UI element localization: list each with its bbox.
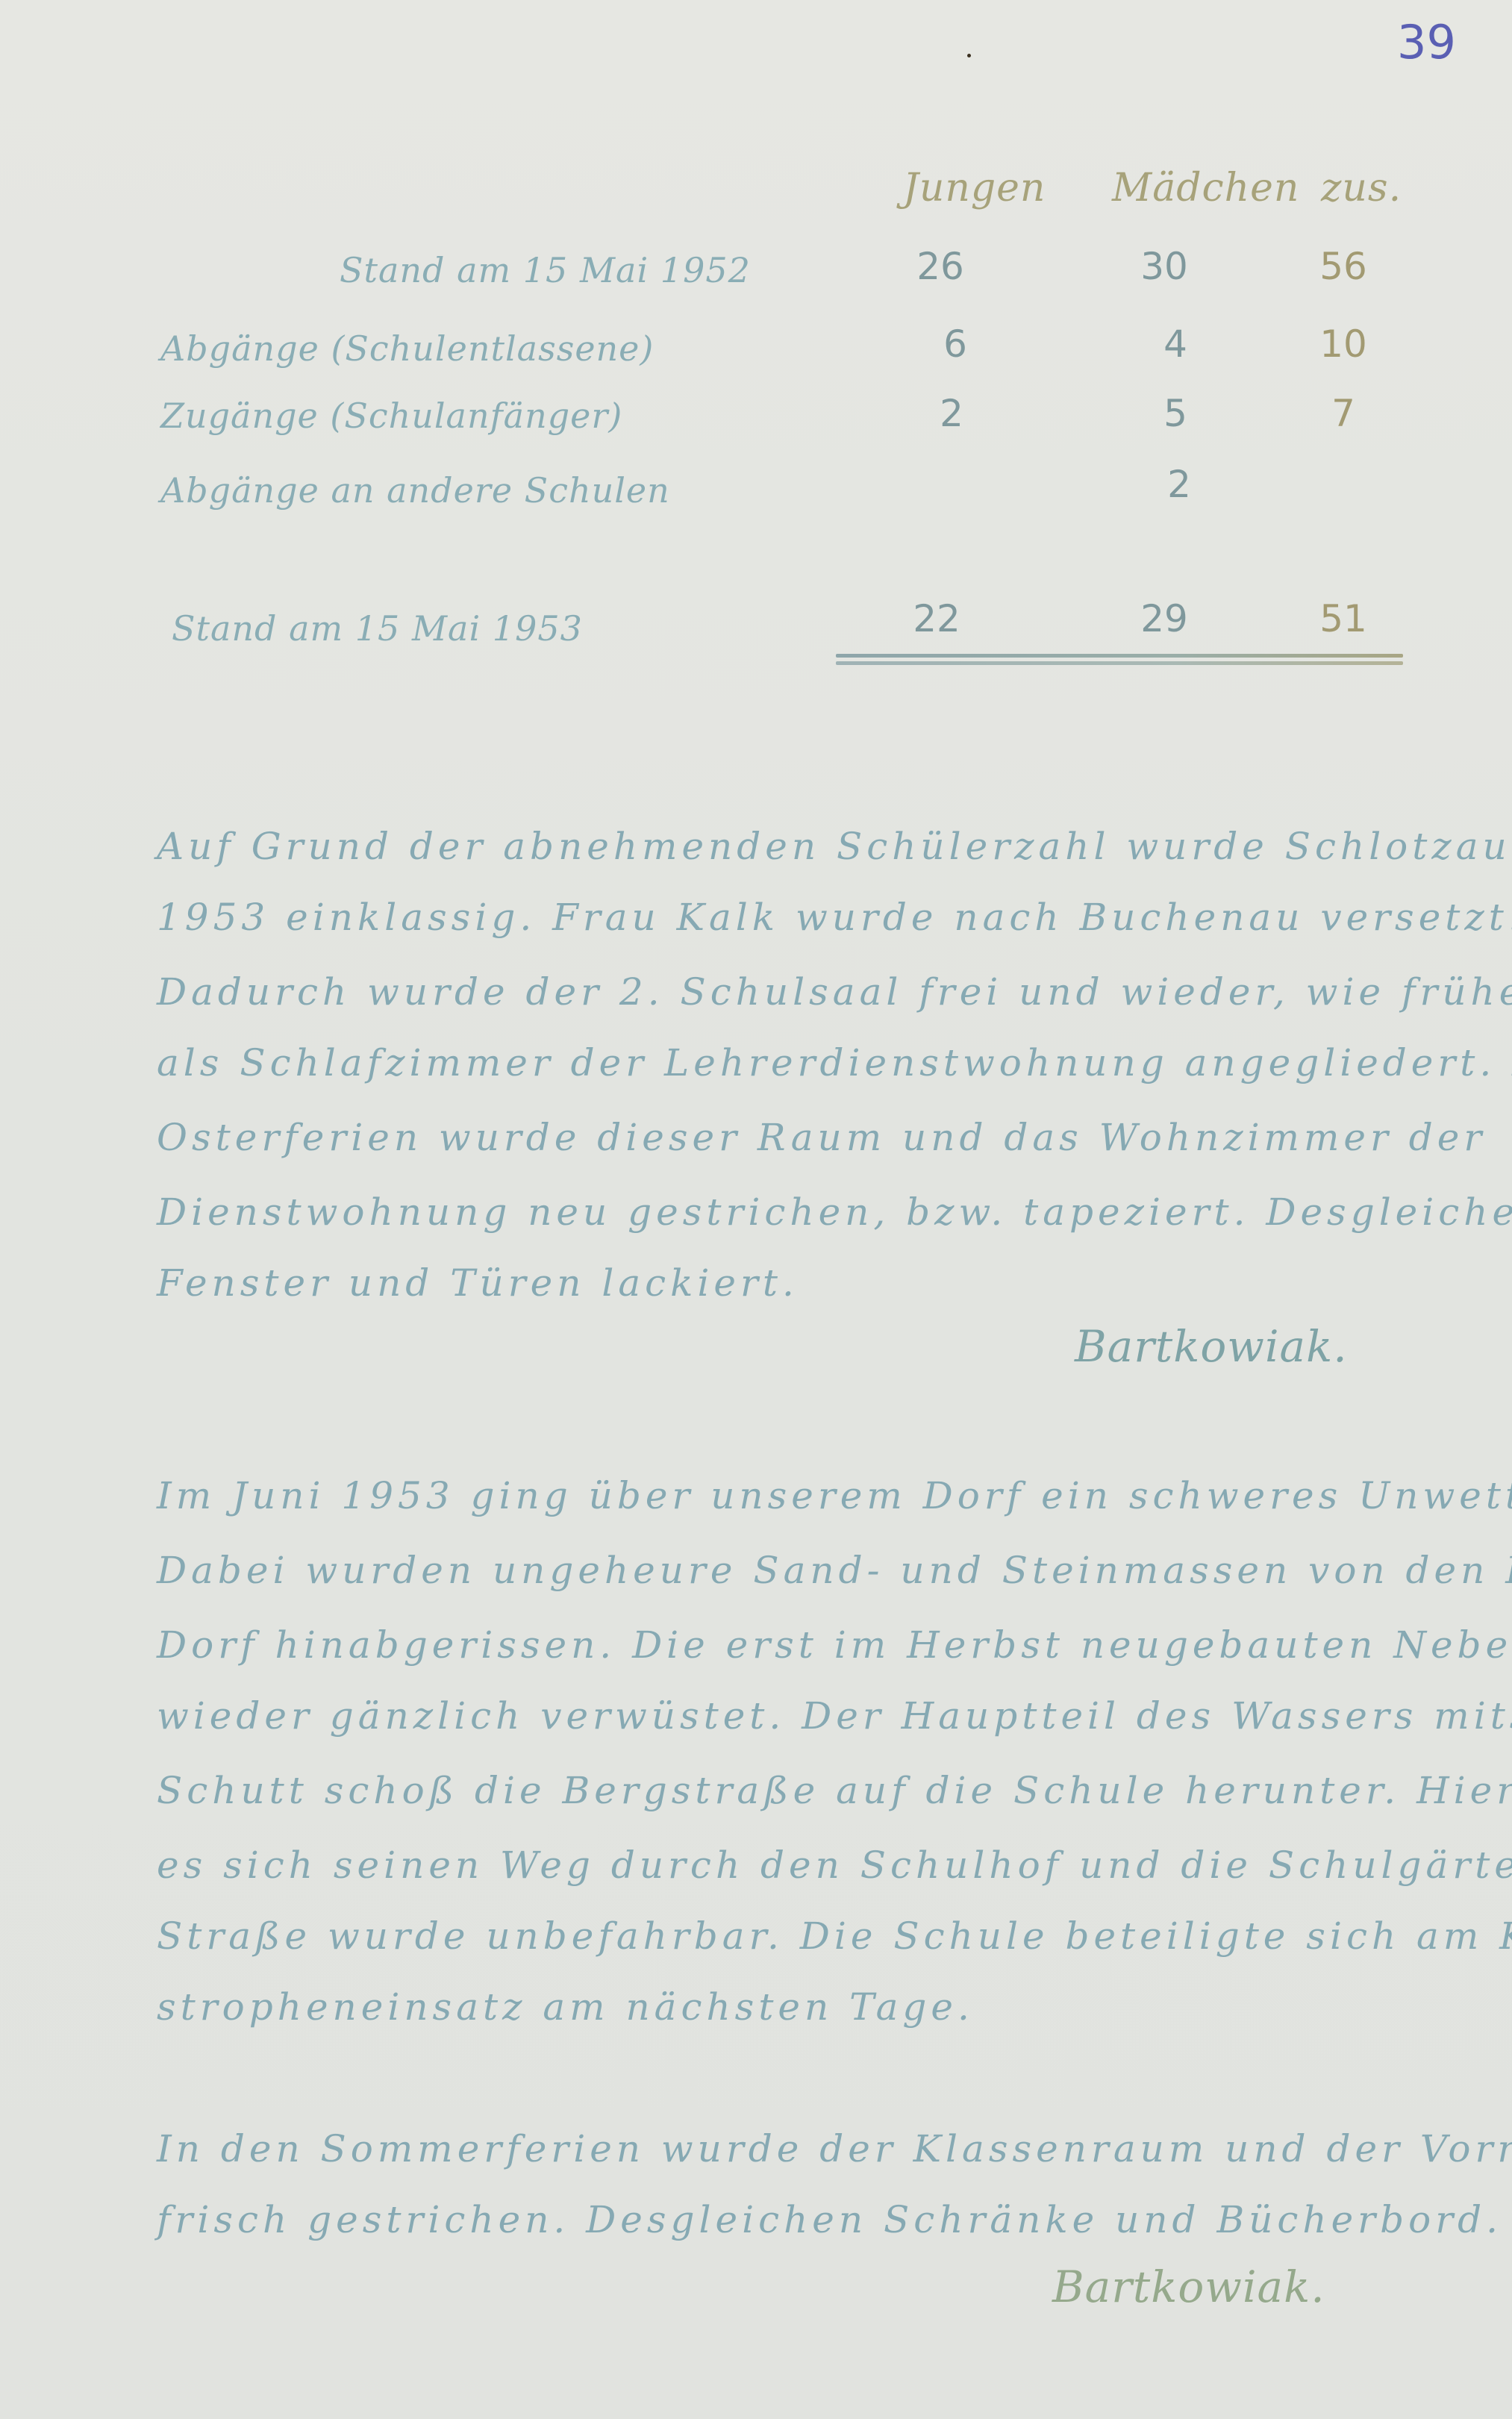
cell-total: 56 — [1310, 245, 1377, 288]
text-line: Dienstwohnung neu gestrichen, bzw. tapez… — [157, 1190, 1512, 1234]
signature: Bartkowiak. — [1075, 1321, 1348, 1372]
text-line: In den Sommerferien wurde der Klassenrau… — [157, 2127, 1512, 2170]
cell-total: 7 — [1310, 392, 1377, 435]
text-line: strophen­einsatz am nächsten Tage. — [157, 1985, 974, 2029]
cell-girls: 4 — [1142, 322, 1209, 366]
column-header-boys: Jungen — [903, 166, 1046, 210]
total-underline — [836, 654, 1403, 658]
cell-girls: 30 — [1131, 245, 1198, 288]
column-header-total: zus. — [1321, 166, 1402, 210]
row-label: Abgänge an andere Schulen — [160, 470, 670, 511]
text-line: 1953 einklassig. Frau Kalk wurde nach Bu… — [157, 896, 1512, 939]
text-line: Dabei wurden ungeheure Sand- und Steinma… — [157, 1549, 1512, 1592]
text-line: wieder gänzlich verwüstet. Der Hauptteil… — [157, 1694, 1512, 1738]
cell-total: 10 — [1310, 322, 1377, 366]
cell-boys: 22 — [903, 597, 970, 640]
ledger-page: 39 Jungen Mädchen zus. Stand am 15 Mai 1… — [0, 0, 1512, 2419]
text-line: Dadurch wurde der 2. Schulsaal frei und … — [157, 970, 1512, 1014]
cell-boys: 6 — [922, 322, 989, 366]
text-line: Auf Grund der abnehmenden Schülerzahl wu… — [157, 825, 1512, 868]
row-label: Abgänge (Schulentlassene) — [160, 328, 654, 369]
text-line: Dorf hinabgerissen. Die erst im Herbst n… — [157, 1623, 1512, 1667]
ink-speck — [967, 54, 971, 57]
text-line: es sich seinen Weg durch den Schulhof un… — [157, 1844, 1512, 1887]
cell-total: 51 — [1310, 597, 1377, 640]
signature: Bartkowiak. — [1052, 2262, 1325, 2312]
text-line: Osterferien wurde dieser Raum und das Wo… — [157, 1116, 1486, 1159]
row-label: Zugänge (Schulanfänger) — [160, 396, 622, 436]
text-line: Fenster und Türen lackiert. — [157, 1261, 799, 1305]
cell-boys: 2 — [918, 392, 985, 435]
page-number: 39 — [1397, 15, 1456, 69]
cell-girls: 2 — [1146, 463, 1213, 506]
cell-girls: 29 — [1131, 597, 1198, 640]
row-label: Stand am 15 Mai 1952 — [340, 250, 751, 290]
total-underline — [836, 661, 1403, 665]
text-line: als Schlafzimmer der Lehrerdienstwohnung… — [157, 1041, 1512, 1084]
cell-boys: 26 — [907, 245, 974, 288]
cell-girls: 5 — [1142, 392, 1209, 435]
row-label-final: Stand am 15 Mai 1953 — [172, 608, 583, 649]
column-header-girls: Mädchen — [1112, 166, 1299, 210]
text-line: frisch gestrichen. Desgleichen Schränke … — [157, 2198, 1502, 2241]
text-line: Straße wurde unbefahrbar. Die Schule bet… — [157, 1914, 1512, 1958]
text-line: Schutt schoß die Bergstraße auf die Schu… — [157, 1769, 1512, 1812]
text-line: Im Juni 1953 ging über unserem Dorf ein … — [157, 1474, 1512, 1517]
